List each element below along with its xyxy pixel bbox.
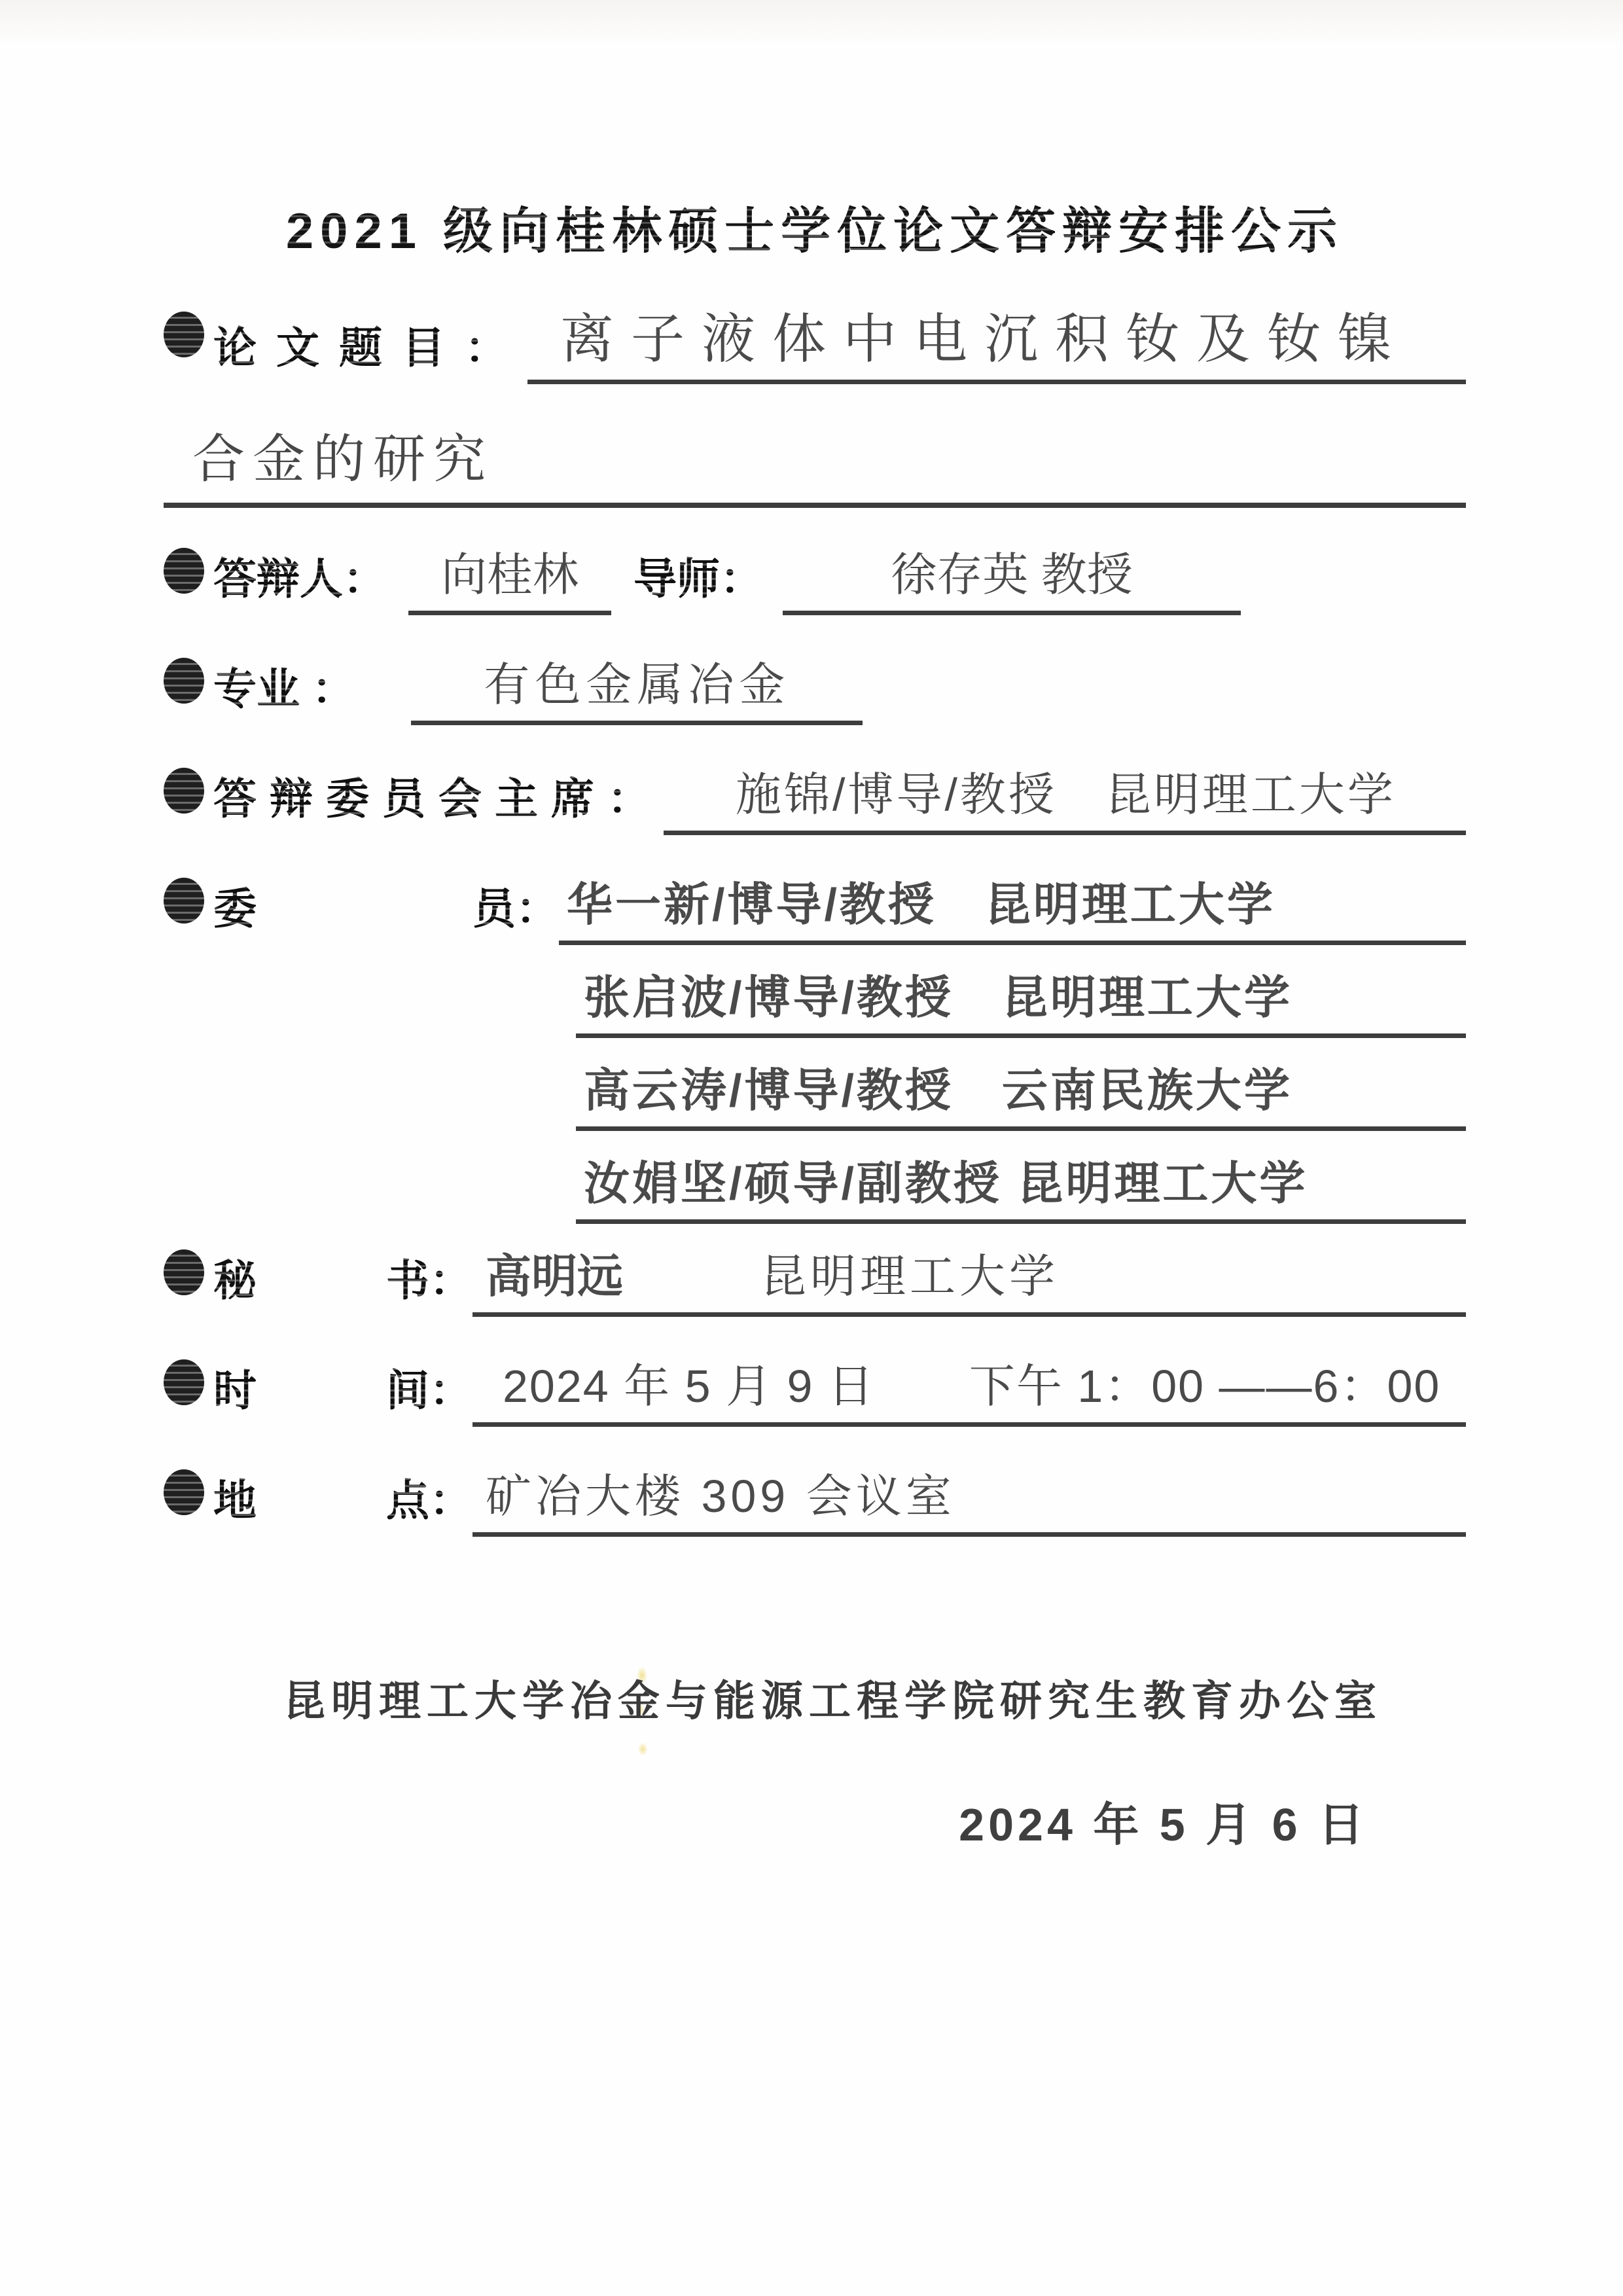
committee-member-row: 张启波/博导/教授 昆明理工大学 [576,961,1466,1038]
committee-member-row: 高云涛/博导/教授 云南民族大学 [576,1054,1466,1131]
chair-label: 答辩委员会主席： [213,764,664,835]
thesis-title-row: 论文题目： 离子液体中电沉积钕及钕镍 [164,296,1466,384]
committee-label: 委 员： [213,874,559,945]
secretary-university: 昆明理工大学 [760,1251,1059,1302]
bullet-icon [164,1249,204,1295]
thesis-title-value-line2: 合金的研究 [164,417,1466,508]
footer-date: 2024 年 5 月 6 日 [164,1788,1466,1854]
location-label: 地 点： [213,1465,473,1537]
footer-organization: 昆明理工大学冶金与能源工程学院研究生教育办公室 [164,1668,1466,1728]
committee-row: 委 员： 华一新/博导/教授 昆明理工大学 [164,868,1466,945]
thesis-title-label: 论文题目： [213,313,527,384]
committee-member: 张启波/博导/教授 昆明理工大学 [576,961,1466,1038]
document-content: 2021 级向桂林硕士学位论文答辩安排公示 论文题目： 离子液体中电沉积钕及钕镍… [0,0,1623,1854]
time-value: 2024 年 5 月 9 日 下午 1：00 ——6：00 [473,1350,1466,1427]
page-title: 2021 级向桂林硕士学位论文答辩安排公示 [164,191,1466,262]
bullet-icon [164,768,204,814]
location-value: 矿冶大楼 309 会议室 [473,1460,1466,1537]
defender-label: 答辩人： [213,544,386,615]
bullet-icon [164,878,204,924]
chair-value: 施锦/博导/教授 昆明理工大学 [664,758,1466,835]
time-row: 时 间： 2024 年 5 月 9 日 下午 1：00 ——6：00 [164,1350,1466,1427]
secretary-name: 高明远 [486,1240,760,1306]
committee-member: 高云涛/博导/教授 云南民族大学 [576,1054,1466,1131]
major-row: 专业 ： 有色金属冶金 [164,648,1466,725]
supervisor-name: 徐存英 教授 [783,538,1241,615]
location-row: 地 点： 矿冶大楼 309 会议室 [164,1460,1466,1537]
supervisor-label: 导师： [633,544,763,615]
bullet-icon [164,312,204,357]
scanned-document-page: 2021 级向桂林硕士学位论文答辩安排公示 论文题目： 离子液体中电沉积钕及钕镍… [0,0,1623,2296]
chair-row: 答辩委员会主席： 施锦/博导/教授 昆明理工大学 [164,758,1466,835]
committee-member-row: 汝娟坚/硕导/副教授 昆明理工大学 [576,1147,1466,1224]
bullet-icon [164,548,204,594]
secretary-value: 高明远昆明理工大学 [473,1240,1466,1317]
bullet-icon [164,658,204,704]
committee-member: 汝娟坚/硕导/副教授 昆明理工大学 [576,1147,1466,1224]
thesis-title-value-line1: 离子液体中电沉积钕及钕镍 [527,296,1466,384]
defender-row: 答辩人： 向桂林 导师： 徐存英 教授 [164,538,1466,615]
committee-member: 华一新/博导/教授 昆明理工大学 [559,868,1466,945]
defender-name: 向桂林 [408,538,611,615]
secretary-label: 秘 书： [213,1246,473,1317]
bullet-icon [164,1359,204,1405]
secretary-row: 秘 书： 高明远昆明理工大学 [164,1240,1466,1317]
bullet-icon [164,1469,204,1515]
major-value: 有色金属冶金 [411,648,863,725]
time-label: 时 间： [213,1355,473,1427]
major-label: 专业 ： [213,654,355,725]
